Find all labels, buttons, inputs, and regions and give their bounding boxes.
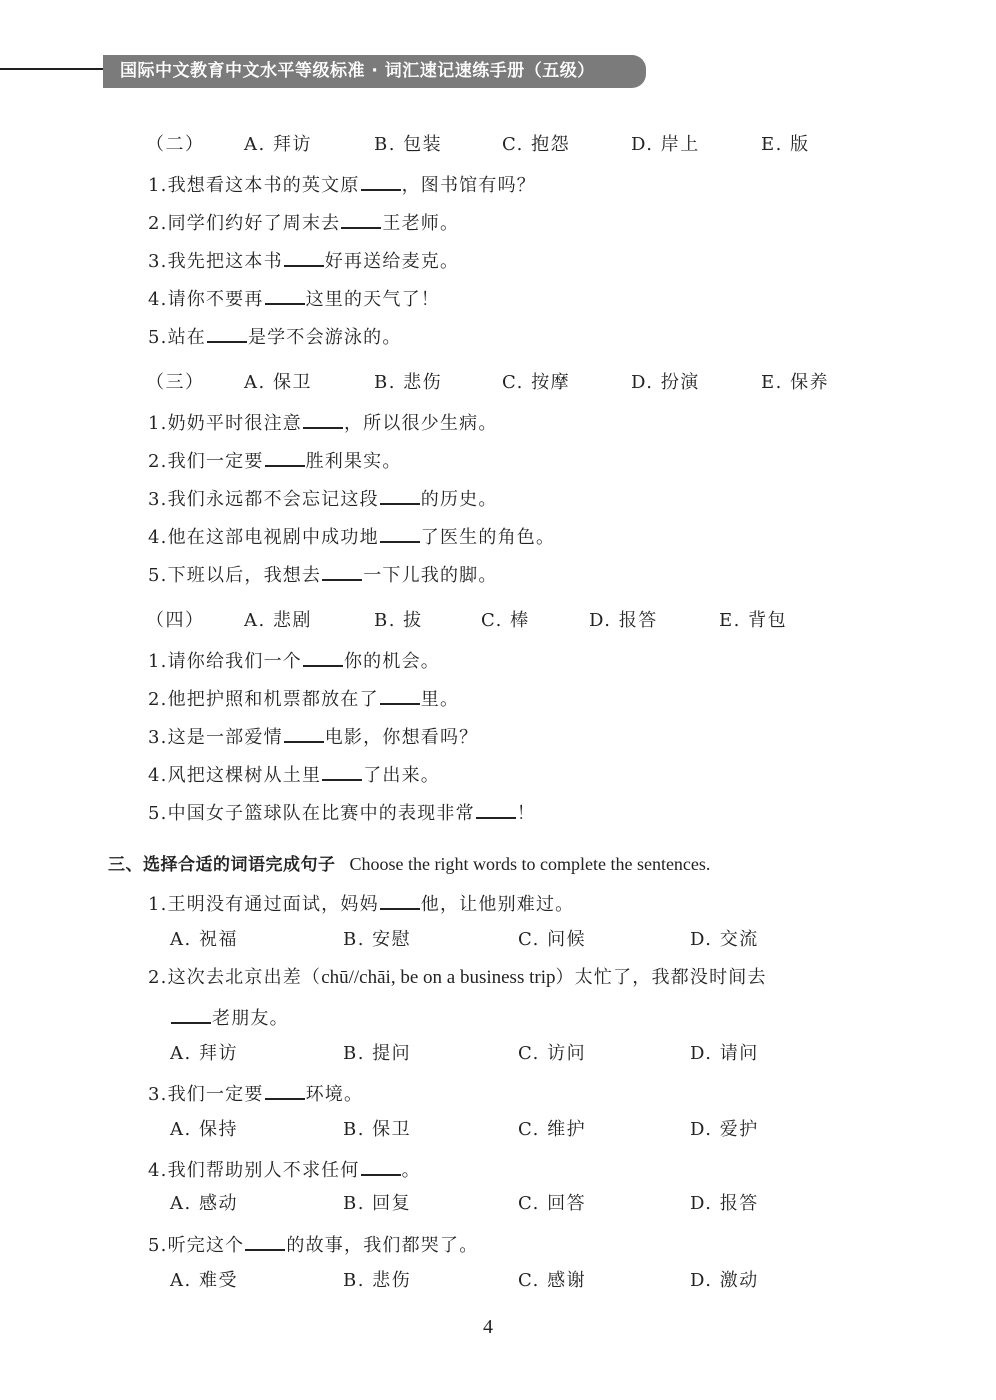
option-d: D. 岸上 (631, 133, 700, 157)
option-a: A. 拜访 (244, 133, 312, 157)
answer-blank[interactable] (361, 1156, 401, 1176)
question: 3.这是一部爱情电影，你想看吗？ (148, 723, 478, 750)
question-text: 了出来。 (363, 765, 440, 786)
question-number: 2. (148, 213, 168, 234)
question: 3.我们永远都不会忘记这段的历史。 (148, 485, 498, 512)
question-number: 5. (148, 1235, 168, 1256)
option-c: C. 棒 (481, 609, 530, 633)
question-number: 4. (148, 1160, 168, 1181)
question: 3.我先把这本书好再送给麦克。 (148, 247, 459, 274)
group-label: （三） (146, 371, 205, 395)
question: 4.请你不要再这里的天气了！ (148, 285, 440, 312)
question-text: 这里的天气了！ (306, 289, 440, 310)
question-text: 的历史。 (421, 489, 498, 510)
question-text: 。 (402, 1160, 421, 1181)
answer-blank[interactable] (303, 409, 343, 429)
group-label: （二） (146, 133, 205, 157)
question-continuation: 老朋友。 (170, 1004, 289, 1031)
answer-blank[interactable] (341, 209, 381, 229)
question-number: 3. (148, 251, 168, 272)
question-text: 我们一定要 (168, 1084, 264, 1105)
answer-blank[interactable] (380, 523, 420, 543)
question: 1.我想看这本书的英文原，图书馆有吗？ (148, 171, 536, 198)
question-text: 听完这个 (168, 1235, 245, 1256)
answer-blank[interactable] (265, 1080, 305, 1100)
question-text: 环境。 (306, 1084, 364, 1105)
question-number: 2. (148, 451, 168, 472)
question-text: 我想看这本书的英文原 (168, 175, 360, 196)
option-d: D. 报答 (589, 609, 658, 633)
question-number: 1. (148, 651, 168, 672)
choice-d[interactable]: D. 激动 (690, 1269, 759, 1293)
answer-blank[interactable] (476, 799, 516, 819)
choice-c[interactable]: C. 回答 (518, 1192, 586, 1216)
section-title-zh: 三、选择合适的词语完成句子 (108, 855, 336, 875)
answer-blank[interactable] (380, 890, 420, 910)
question: 3.我们一定要环境。 (148, 1080, 363, 1107)
question-text: 同学们约好了周末去 (168, 213, 341, 234)
question-text: 请你不要再 (168, 289, 264, 310)
question-text: 我们一定要 (168, 451, 264, 472)
question: 5.听完这个的故事，我们都哭了。 (148, 1231, 478, 1258)
question: 2.这次去北京出差（chū//chāi, be on a business tr… (148, 966, 767, 990)
question-text: 我们帮助别人不求任何 (168, 1160, 360, 1181)
question-number: 4. (148, 765, 168, 786)
answer-blank[interactable] (171, 1004, 211, 1024)
choice-c[interactable]: C. 访问 (518, 1042, 586, 1066)
choice-c[interactable]: C. 维护 (518, 1118, 586, 1142)
question-number: 5. (148, 327, 168, 348)
question-text: ，图书馆有吗？ (402, 175, 536, 196)
choice-d[interactable]: D. 报答 (690, 1192, 759, 1216)
question-text: 王明没有通过面试，妈妈 (168, 894, 379, 915)
question-text: 我先把这本书 (168, 251, 283, 272)
question-text: 是学不会游泳的。 (248, 327, 402, 348)
choice-c[interactable]: C. 感谢 (518, 1269, 586, 1293)
question-text: 他在这部电视剧中成功地 (168, 527, 379, 548)
question-text: 一下儿我的脚。 (363, 565, 497, 586)
choice-a[interactable]: A. 感动 (170, 1192, 238, 1216)
question: 1.奶奶平时很注意，所以很少生病。 (148, 409, 498, 436)
option-e: E. 版 (761, 133, 810, 157)
answer-blank[interactable] (265, 285, 305, 305)
question-text: 这是一部爱情 (168, 727, 283, 748)
answer-blank[interactable] (303, 647, 343, 667)
answer-blank[interactable] (322, 761, 362, 781)
question: 4.我们帮助别人不求任何。 (148, 1156, 421, 1183)
answer-blank[interactable] (284, 723, 324, 743)
question-text: 里。 (421, 689, 459, 710)
book-title-banner: 国际中文教育中文水平等级标准 · 词汇速记速练手册（五级） (103, 55, 646, 88)
choice-b[interactable]: B. 悲伤 (343, 1269, 411, 1293)
question-text: 电影，你想看吗？ (325, 727, 479, 748)
option-e: E. 背包 (719, 609, 787, 633)
question-text: ）太忙了，我都没时间去 (555, 967, 766, 988)
question: 2.同学们约好了周末去王老师。 (148, 209, 459, 236)
answer-blank[interactable] (380, 485, 420, 505)
question-text: 王老师。 (382, 213, 459, 234)
question-text: ！ (517, 803, 536, 824)
question-text: 好再送给麦克。 (325, 251, 459, 272)
option-d: D. 扮演 (631, 371, 700, 395)
option-b: B. 包装 (374, 133, 442, 157)
choice-b[interactable]: B. 保卫 (343, 1118, 411, 1142)
question-number: 3. (148, 727, 168, 748)
question: 1.请你给我们一个你的机会。 (148, 647, 440, 674)
answer-blank[interactable] (245, 1231, 285, 1251)
question: 5.下班以后，我想去一下儿我的脚。 (148, 561, 498, 588)
question: 4.他在这部电视剧中成功地了医生的角色。 (148, 523, 555, 550)
question-number: 3. (148, 1084, 168, 1105)
question-text: 我们永远都不会忘记这段 (168, 489, 379, 510)
question-number: 4. (148, 289, 168, 310)
question-number: 1. (148, 413, 168, 434)
question-number: 1. (148, 894, 168, 915)
question-text: 他，让他别难过。 (421, 894, 575, 915)
question-text: 的故事，我们都哭了。 (286, 1235, 478, 1256)
choice-c[interactable]: C. 问候 (518, 928, 586, 952)
choice-a[interactable]: A. 祝福 (170, 928, 238, 952)
question: 5.中国女子篮球队在比赛中的表现非常！ (148, 799, 536, 826)
question: 4.风把这棵树从土里了出来。 (148, 761, 440, 788)
answer-blank[interactable] (380, 685, 420, 705)
choice-a[interactable]: A. 保持 (170, 1118, 238, 1142)
page-number: 4 (0, 1316, 976, 1339)
section-heading: 三、选择合适的词语完成句子Choose the right words to c… (108, 852, 710, 877)
question-number: 2. (148, 967, 168, 988)
question-text: 了医生的角色。 (421, 527, 555, 548)
option-c: C. 抱怨 (502, 133, 570, 157)
question-text: ，所以很少生病。 (344, 413, 498, 434)
choice-d[interactable]: D. 请问 (690, 1042, 759, 1066)
option-c: C. 按摩 (502, 371, 570, 395)
question-text: 奶奶平时很注意 (168, 413, 302, 434)
question-number: 5. (148, 803, 168, 824)
question-number: 4. (148, 527, 168, 548)
choice-d[interactable]: D. 爱护 (690, 1118, 759, 1142)
option-e: E. 保养 (761, 371, 829, 395)
choice-b[interactable]: B. 安慰 (343, 928, 411, 952)
answer-blank[interactable] (207, 323, 247, 343)
answer-blank[interactable] (265, 447, 305, 467)
answer-blank[interactable] (361, 171, 401, 191)
answer-blank[interactable] (284, 247, 324, 267)
question-text: 你的机会。 (344, 651, 440, 672)
question-number: 2. (148, 689, 168, 710)
choice-d[interactable]: D. 交流 (690, 928, 759, 952)
option-b: B. 悲伤 (374, 371, 442, 395)
question-text: 下班以后，我想去 (168, 565, 322, 586)
question-text: 这次去北京出差（ (168, 967, 322, 988)
choice-a[interactable]: A. 难受 (170, 1269, 238, 1293)
question-number: 5. (148, 565, 168, 586)
option-a: A. 保卫 (244, 371, 312, 395)
question-text: 请你给我们一个 (168, 651, 302, 672)
option-b: B. 拔 (374, 609, 423, 633)
section-title-en: Choose the right words to complete the s… (350, 854, 711, 874)
question-text: 老朋友。 (212, 1008, 289, 1029)
question-text: 中国女子篮球队在比赛中的表现非常 (168, 803, 475, 824)
answer-blank[interactable] (322, 561, 362, 581)
question: 1.王明没有通过面试，妈妈他，让他别难过。 (148, 890, 574, 917)
option-a: A. 悲剧 (244, 609, 312, 633)
question-text: 站在 (168, 327, 206, 348)
choice-b[interactable]: B. 回复 (343, 1192, 411, 1216)
question-text: 胜利果实。 (306, 451, 402, 472)
question-number: 1. (148, 175, 168, 196)
question-number: 3. (148, 489, 168, 510)
group-label: （四） (146, 609, 205, 633)
question-text: 他把护照和机票都放在了 (168, 689, 379, 710)
question: 2.我们一定要胜利果实。 (148, 447, 402, 474)
choice-b[interactable]: B. 提问 (343, 1042, 411, 1066)
question-text: 风把这棵树从土里 (168, 765, 322, 786)
question: 2.他把护照和机票都放在了里。 (148, 685, 459, 712)
question: 5.站在是学不会游泳的。 (148, 323, 402, 350)
choice-a[interactable]: A. 拜访 (170, 1042, 238, 1066)
pinyin-gloss: chū//chāi, be on a business trip (321, 967, 555, 988)
header-rule-line (0, 68, 104, 70)
